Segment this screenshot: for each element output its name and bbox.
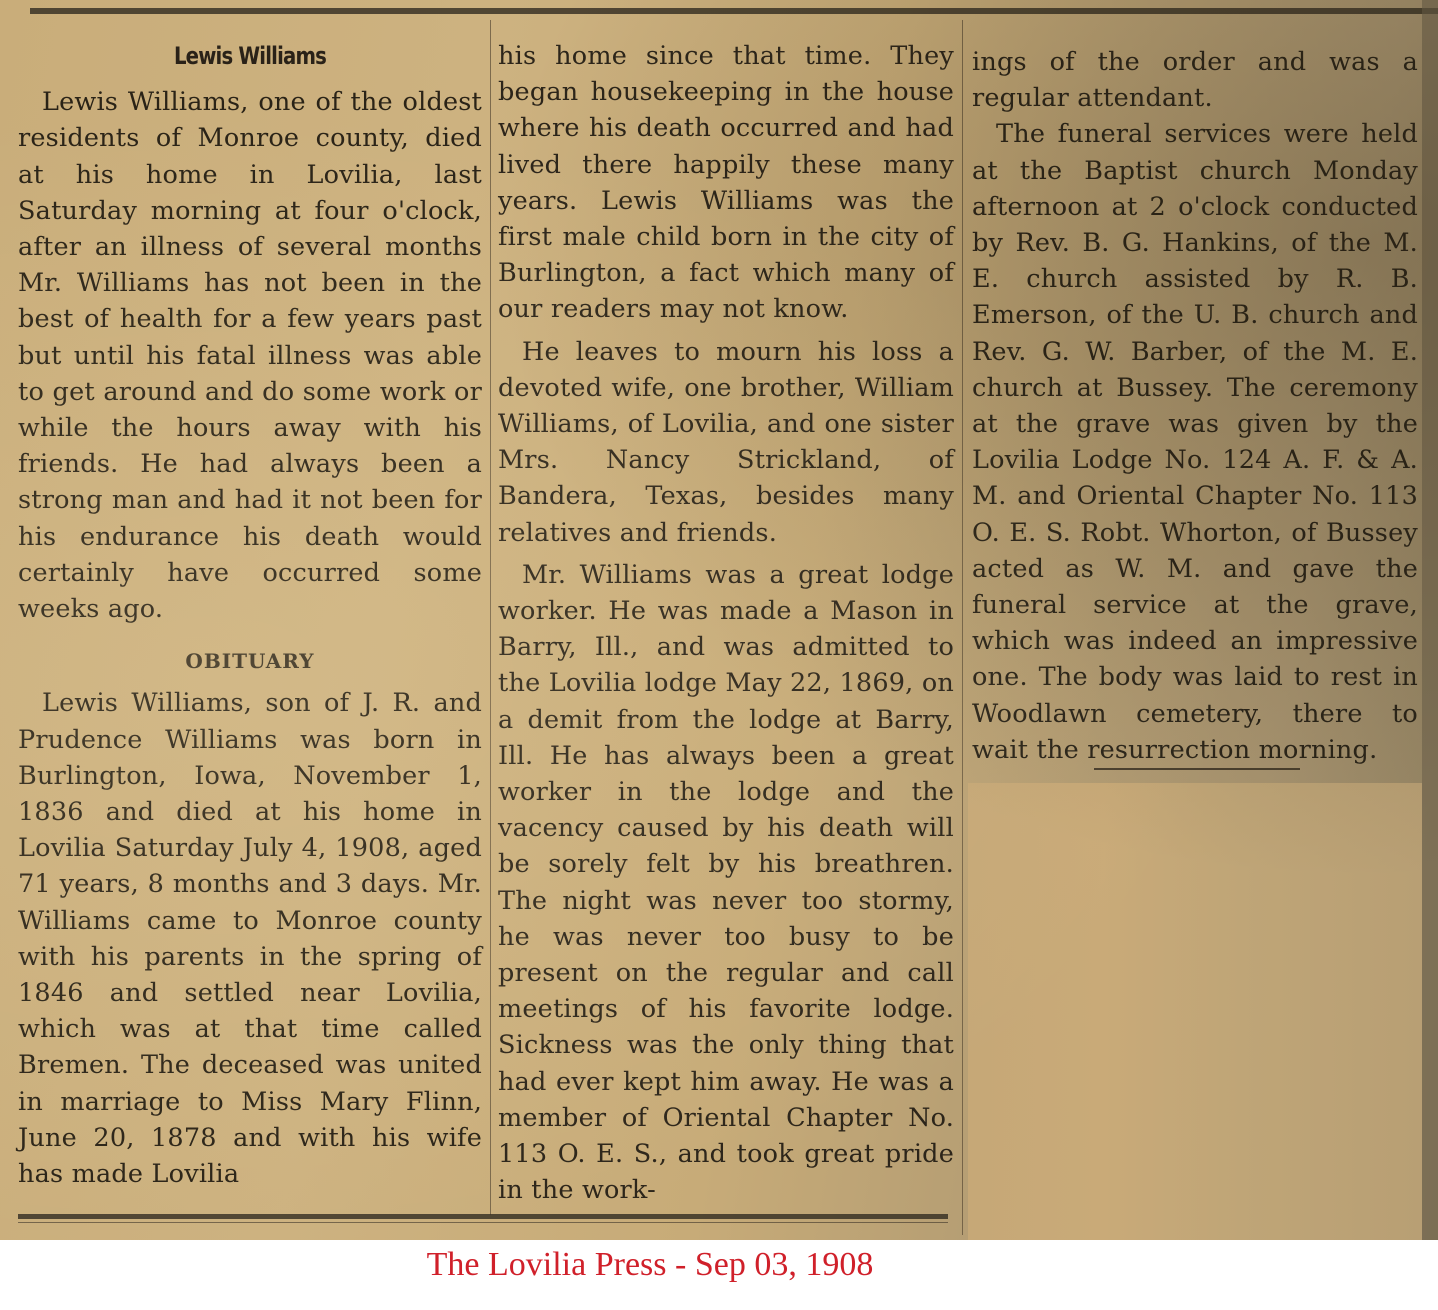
obituary-paragraph-1: Lewis Williams, son of J. R. and Prudenc…	[18, 685, 482, 1192]
obituary-heading: OBITUARY	[18, 643, 482, 679]
end-rule	[1094, 768, 1300, 770]
article-headline: Lewis Williams	[60, 38, 440, 74]
source-caption: The Lovilia Press - Sep 03, 1908	[0, 1246, 1300, 1284]
top-rule	[30, 8, 1438, 14]
column-1: Lewis Williams Lewis Williams, one of th…	[18, 34, 482, 1192]
bottom-rule	[18, 1214, 948, 1219]
obituary-paragraph-3: Mr. Williams was a great lodge worker. H…	[498, 557, 954, 1209]
newspaper-clipping: Lewis Williams Lewis Williams, one of th…	[0, 0, 1438, 1240]
blank-paper-patch	[968, 783, 1422, 1240]
column-divider	[490, 20, 491, 1215]
bottom-rule-thin	[18, 1222, 948, 1223]
obituary-paragraph-3-continued: ings of the order and was a regular atte…	[972, 44, 1418, 116]
column-3: ings of the order and was a regular atte…	[972, 44, 1418, 768]
column-divider	[962, 20, 963, 1235]
intro-paragraph: Lewis Williams, one of the oldest reside…	[18, 84, 482, 627]
obituary-paragraph-2: He leaves to mourn his loss a devoted wi…	[498, 334, 954, 551]
obituary-paragraph-4: The funeral services were held at the Ba…	[972, 116, 1418, 768]
obituary-paragraph-1-continued: his home since that time. They began hou…	[498, 38, 954, 328]
page-edge-shadow	[1422, 0, 1438, 1240]
column-2: his home since that time. They began hou…	[498, 38, 954, 1209]
